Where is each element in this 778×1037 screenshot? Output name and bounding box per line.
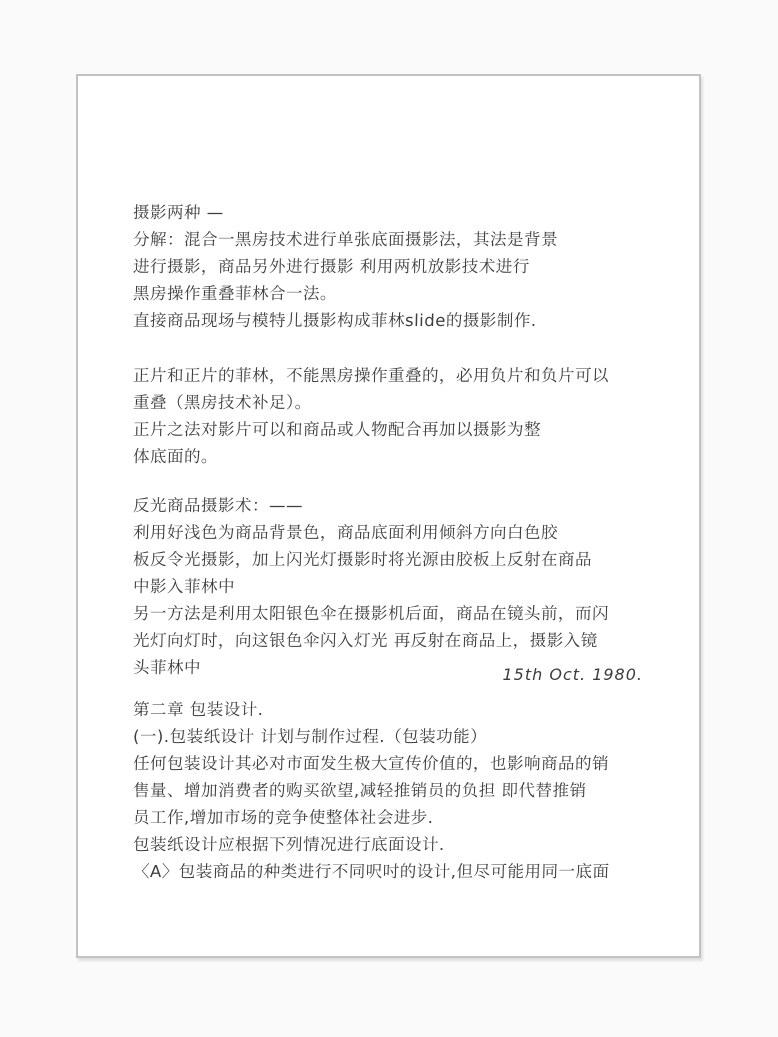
paragraph-reflective-product-photography: 反光商品摄影术：——利用好浅色为商品背景色，商品底面利用倾斜方向白色胶板反令光摄… — [133, 492, 671, 681]
handwritten-line: 摄影两种 — — [133, 199, 672, 226]
handwritten-line: 利用好浅色为商品背景色，商品底面利用倾斜方向白色胶 — [133, 519, 672, 546]
handwritten-line: 直接商品现场与模特儿摄影构成菲林slide的摄影制作. — [133, 307, 672, 334]
handwritten-line: 第二章 包装设计. — [133, 696, 672, 723]
handwritten-line: 中影入菲林中 — [133, 573, 672, 600]
handwritten-line: 正片和正片的菲林，不能黑房操作重叠的，必用负片和负片可以 — [133, 362, 672, 389]
handwritten-line: 员工作,增加市场的竞争使整体社会进步. — [133, 804, 672, 831]
handwritten-line: 任何包装设计其必对市面发生极大宣传价值的，也影响商品的销 — [133, 750, 672, 777]
handwritten-line: 反光商品摄影术：—— — [133, 492, 672, 519]
handwritten-line: 包装纸设计应根据下列情况进行底面设计. — [133, 831, 672, 858]
handwritten-line: 售量、增加消费者的购买欲望,减轻推销员的负担 即代替推销 — [133, 777, 672, 804]
handwritten-line: 分解：混合一黑房技术进行单张底面摄影法，其法是背景 — [133, 226, 672, 253]
handwritten-line: 体底面的。 — [133, 443, 672, 470]
handwritten-line: (一).包装纸设计 计划与制作过程.（包装功能） — [133, 723, 672, 750]
paragraph-packaging-design: 第二章 包装设计.(一).包装纸设计 计划与制作过程.（包装功能）任何包装设计其… — [133, 696, 671, 885]
handwritten-line: 正片之法对影片可以和商品或人物配合再加以摄影为整 — [133, 416, 672, 443]
handwritten-line: 另一方法是利用太阳银色伞在摄影机后面，商品在镜头前，而闪 — [133, 600, 672, 627]
paragraph-photography-methods: 摄影两种 —分解：混合一黑房技术进行单张底面摄影法，其法是背景进行摄影，商品另外… — [133, 199, 671, 334]
handwritten-line: 板反令光摄影，加上闪光灯摄影时将光源由胶板上反射在商品 — [133, 546, 672, 573]
handwritten-line: 头菲林中 — [133, 654, 672, 681]
paper-sheet: 摄影两种 —分解：混合一黑房技术进行单张底面摄影法，其法是背景进行摄影，商品另外… — [76, 74, 701, 958]
handwritten-content: 摄影两种 —分解：混合一黑房技术进行单张底面摄影法，其法是背景进行摄影，商品另外… — [133, 199, 671, 936]
handwritten-line: 〈A〉包装商品的种类进行不同呎吋的设计,但尽可能用同一底面 — [133, 858, 672, 885]
paragraph-positive-negative-film: 正片和正片的菲林，不能黑房操作重叠的，必用负片和负片可以重叠（黑房技术补足）。正… — [133, 362, 671, 470]
handwritten-line: 黑房操作重叠菲林合一法。 — [133, 280, 672, 307]
handwritten-line: 重叠（黑房技术补足）。 — [133, 389, 672, 416]
handwritten-line: 进行摄影，商品另外进行摄影 利用两机放影技术进行 — [133, 253, 672, 280]
handwritten-line: 光灯向灯时，向这银色伞闪入灯光 再反射在商品上，摄影入镜 — [133, 627, 672, 654]
scanned-notes-screenshot: { "colors": { "background": "#fafafa", "… — [0, 0, 778, 1037]
